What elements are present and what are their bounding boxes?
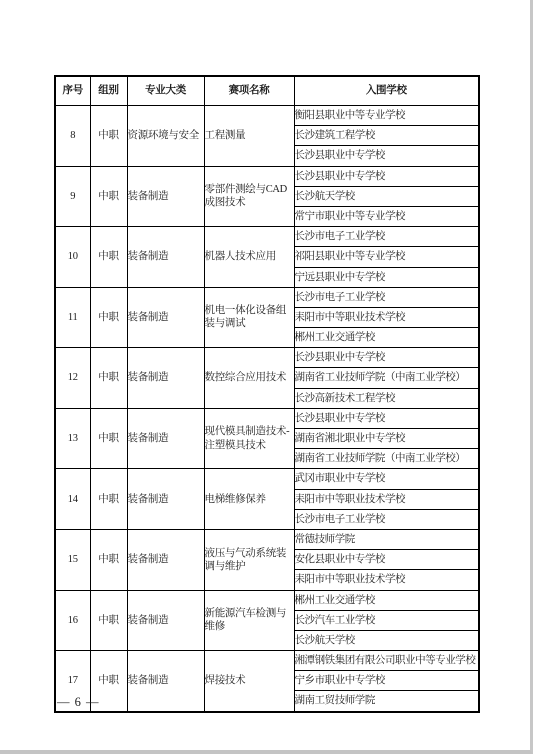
- row-number-cell: 9: [55, 166, 90, 227]
- event-name-cell: 零部件测绘与CAD成图技术: [204, 166, 294, 227]
- school-cell: 宁乡市职业中专学校: [294, 671, 479, 691]
- group-cell: 中职: [90, 106, 127, 167]
- table-row: 9中职装备制造零部件测绘与CAD成图技术长沙县职业中专学校: [55, 166, 479, 186]
- group-cell: 中职: [90, 166, 127, 227]
- table-row: 12中职装备制造数控综合应用技术长沙县职业中专学校: [55, 348, 479, 368]
- category-cell: 装备制造: [127, 529, 204, 590]
- table-row: 16中职装备制造新能源汽车检测与维修郴州工业交通学校: [55, 590, 479, 610]
- school-cell: 郴州工业交通学校: [294, 328, 479, 348]
- row-number-cell: 11: [55, 287, 90, 348]
- school-cell: 长沙县职业中专学校: [294, 408, 479, 428]
- shortlist-table-container: 序号 组别 专业大类 赛项名称 入围学校 8中职资源环境与安全工程测量衡阳县职业…: [54, 75, 478, 713]
- group-cell: 中职: [90, 408, 127, 469]
- table-body: 8中职资源环境与安全工程测量衡阳县职业中等专业学校长沙建筑工程学校长沙县职业中专…: [55, 106, 479, 712]
- group-cell: 中职: [90, 287, 127, 348]
- event-name-cell: 焊接技术: [204, 651, 294, 712]
- table-row: 14中职装备制造电梯维修保养武冈市职业中专学校: [55, 469, 479, 489]
- table-row: 17中职装备制造焊接技术湘潭钢铁集团有限公司职业中等专业学校: [55, 651, 479, 671]
- category-cell: 资源环境与安全: [127, 106, 204, 167]
- header-group: 组别: [90, 76, 127, 106]
- row-number-cell: 13: [55, 408, 90, 469]
- event-name-cell: 电梯维修保养: [204, 469, 294, 530]
- school-cell: 武冈市职业中专学校: [294, 469, 479, 489]
- table-header: 序号 组别 专业大类 赛项名称 入围学校: [55, 76, 479, 106]
- table-row: 13中职装备制造现代模具制造技术-注塑模具技术长沙县职业中专学校: [55, 408, 479, 428]
- row-number-cell: 12: [55, 348, 90, 409]
- row-number-cell: 15: [55, 529, 90, 590]
- school-cell: 郴州工业交通学校: [294, 590, 479, 610]
- category-cell: 装备制造: [127, 590, 204, 651]
- row-number-cell: 14: [55, 469, 90, 530]
- school-cell: 长沙高新技术工程学校: [294, 388, 479, 408]
- header-seq-no: 序号: [55, 76, 90, 106]
- category-cell: 装备制造: [127, 287, 204, 348]
- group-cell: 中职: [90, 469, 127, 530]
- group-cell: 中职: [90, 227, 127, 288]
- page-number: — 6 —: [57, 695, 100, 710]
- group-cell: 中职: [90, 348, 127, 409]
- school-cell: 安化县职业中专学校: [294, 550, 479, 570]
- group-cell: 中职: [90, 529, 127, 590]
- school-cell: 长沙航天学校: [294, 630, 479, 650]
- row-number-cell: 10: [55, 227, 90, 288]
- category-cell: 装备制造: [127, 227, 204, 288]
- shortlist-table: 序号 组别 专业大类 赛项名称 入围学校 8中职资源环境与安全工程测量衡阳县职业…: [54, 75, 480, 713]
- event-name-cell: 新能源汽车检测与维修: [204, 590, 294, 651]
- school-cell: 湖南工贸技师学院: [294, 691, 479, 712]
- event-name-cell: 机器人技术应用: [204, 227, 294, 288]
- school-cell: 耒阳市中等职业技术学校: [294, 307, 479, 327]
- category-cell: 装备制造: [127, 166, 204, 227]
- school-cell: 长沙县职业中专学校: [294, 146, 479, 166]
- event-name-cell: 工程测量: [204, 106, 294, 167]
- scanned-document-page: 序号 组别 专业大类 赛项名称 入围学校 8中职资源环境与安全工程测量衡阳县职业…: [0, 0, 533, 754]
- header-category: 专业大类: [127, 76, 204, 106]
- school-cell: 湖南省湘北职业中专学校: [294, 429, 479, 449]
- header-event-name: 赛项名称: [204, 76, 294, 106]
- school-cell: 衡阳县职业中等专业学校: [294, 106, 479, 126]
- table-row: 10中职装备制造机器人技术应用长沙市电子工业学校: [55, 227, 479, 247]
- table-row: 11中职装备制造机电一体化设备组装与调试长沙市电子工业学校: [55, 287, 479, 307]
- school-cell: 常宁市职业中等专业学校: [294, 206, 479, 226]
- category-cell: 装备制造: [127, 348, 204, 409]
- event-name-cell: 现代模具制造技术-注塑模具技术: [204, 408, 294, 469]
- event-name-cell: 液压与气动系统装调与维护: [204, 529, 294, 590]
- school-cell: 耒阳市中等职业技术学校: [294, 570, 479, 590]
- school-cell: 常德技师学院: [294, 529, 479, 549]
- school-cell: 长沙建筑工程学校: [294, 126, 479, 146]
- school-cell: 长沙航天学校: [294, 186, 479, 206]
- school-cell: 湖南省工业技师学院（中南工业学校）: [294, 368, 479, 388]
- school-cell: 长沙市电子工业学校: [294, 287, 479, 307]
- header-schools: 入围学校: [294, 76, 479, 106]
- event-name-cell: 机电一体化设备组装与调试: [204, 287, 294, 348]
- school-cell: 长沙县职业中专学校: [294, 348, 479, 368]
- school-cell: 湘潭钢铁集团有限公司职业中等专业学校: [294, 651, 479, 671]
- category-cell: 装备制造: [127, 469, 204, 530]
- header-row: 序号 组别 专业大类 赛项名称 入围学校: [55, 76, 479, 106]
- school-cell: 长沙市电子工业学校: [294, 509, 479, 529]
- table-row: 15中职装备制造液压与气动系统装调与维护常德技师学院: [55, 529, 479, 549]
- school-cell: 长沙汽车工业学校: [294, 610, 479, 630]
- group-cell: 中职: [90, 590, 127, 651]
- row-number-cell: 16: [55, 590, 90, 651]
- school-cell: 长沙县职业中专学校: [294, 166, 479, 186]
- table-row: 8中职资源环境与安全工程测量衡阳县职业中等专业学校: [55, 106, 479, 126]
- school-cell: 耒阳市中等职业技术学校: [294, 489, 479, 509]
- category-cell: 装备制造: [127, 651, 204, 712]
- row-number-cell: 8: [55, 106, 90, 167]
- event-name-cell: 数控综合应用技术: [204, 348, 294, 409]
- school-cell: 长沙市电子工业学校: [294, 227, 479, 247]
- school-cell: 宁远县职业中专学校: [294, 267, 479, 287]
- school-cell: 湖南省工业技师学院（中南工业学校）: [294, 449, 479, 469]
- category-cell: 装备制造: [127, 408, 204, 469]
- school-cell: 祁阳县职业中等专业学校: [294, 247, 479, 267]
